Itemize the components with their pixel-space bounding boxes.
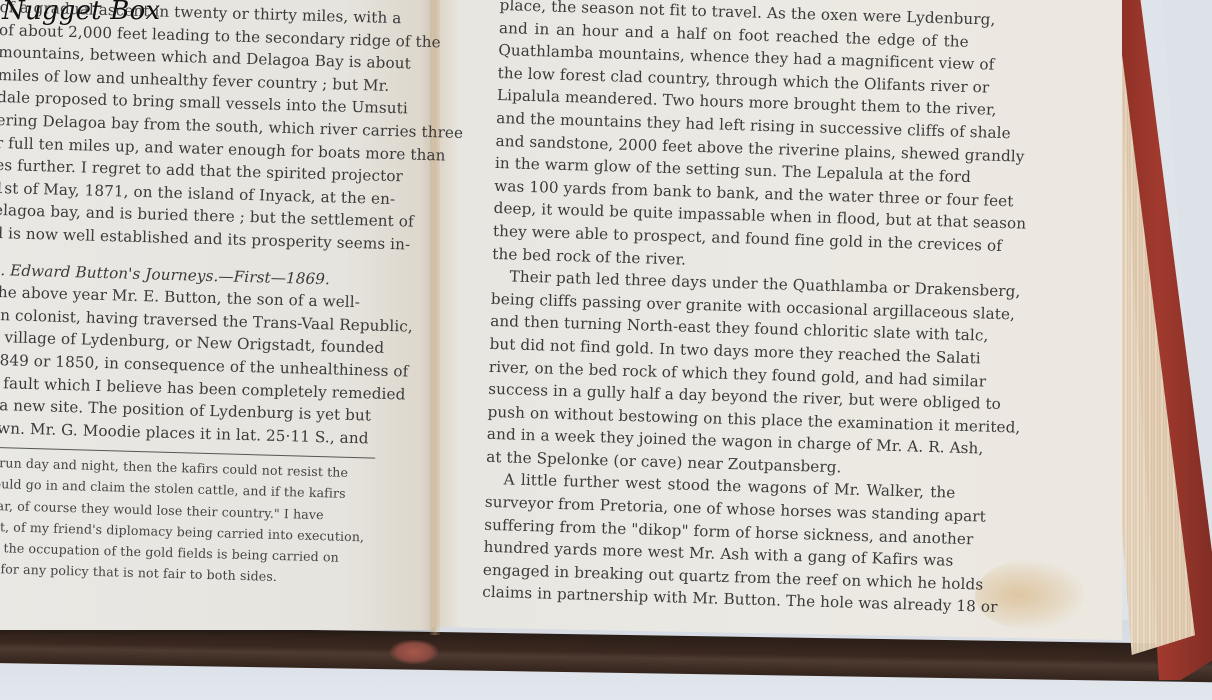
right-page-text: place, the season not fit to travel. As … (482, 0, 970, 618)
book-photo: of a gradual ascent in twenty or thirty … (0, 0, 1212, 700)
watermark-logo: Nugget Box (2, 0, 160, 26)
frayed-spine (390, 640, 438, 664)
foxing-stain (975, 560, 1085, 630)
book-gutter (430, 0, 440, 635)
left-page-text: of a gradual ascent in twenty or thirty … (0, 0, 395, 590)
